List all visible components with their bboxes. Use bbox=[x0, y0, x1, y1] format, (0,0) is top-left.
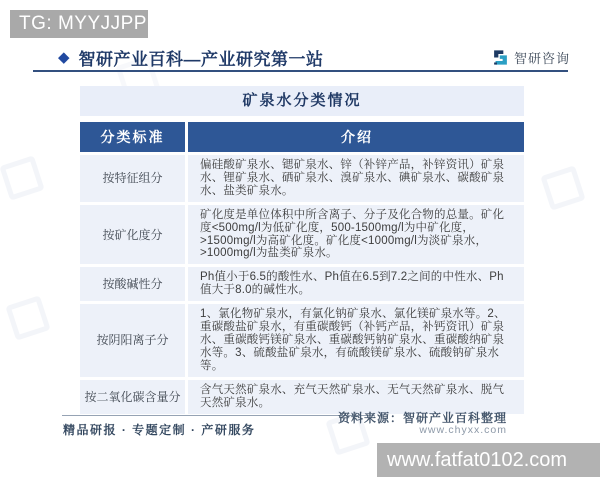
background-logo-watermark bbox=[540, 165, 585, 210]
data-source-url: www.chyxx.com bbox=[419, 424, 507, 436]
classification-table-area: 矿泉水分类情况 分类标准 介绍 按特征组分 偏硅酸矿泉水、锶矿泉水、锌（补锌产品… bbox=[80, 86, 524, 417]
row-label: 按矿化度分 bbox=[80, 205, 188, 265]
table-row: 按酸碱性分 Ph值小于6.5的酸性水、Ph值在6.5到7.2之间的中性水、Ph值… bbox=[80, 267, 524, 301]
row-description: 偏硅酸矿泉水、锶矿泉水、锌（补锌产品，补锌资讯）矿泉水、锂矿泉水、硒矿泉水、溴矿… bbox=[188, 155, 524, 202]
overlay-watermark: www.fatfat0102.com bbox=[377, 443, 600, 477]
zhiyan-logo: 智研咨询 bbox=[492, 48, 570, 67]
background-logo-watermark bbox=[0, 155, 45, 200]
footer-slogan: 精品研报 · 专题定制 · 产研服务 bbox=[63, 421, 255, 438]
row-description: Ph值小于6.5的酸性水、Ph值在6.5到7.2之间的中性水、Ph值大于8.0的… bbox=[188, 267, 524, 301]
zhiyan-logo-icon bbox=[492, 49, 509, 66]
row-label: 按二氧化碳含量分 bbox=[80, 380, 188, 414]
report-header: ◆ 智研产业百科—产业研究第一站 智研咨询 bbox=[58, 44, 570, 70]
page-title: 智研产业百科—产业研究第一站 bbox=[79, 45, 324, 70]
header-divider bbox=[33, 70, 568, 72]
column-header-intro: 介绍 bbox=[188, 122, 524, 152]
table-row: 按矿化度分 矿化度是单位体积中所含离子、分子及化合物的总量。矿化度<500mg/… bbox=[80, 205, 524, 265]
background-logo-watermark bbox=[5, 295, 50, 340]
table-row: 按特征组分 偏硅酸矿泉水、锶矿泉水、锌（补锌产品，补锌资讯）矿泉水、锂矿泉水、硒… bbox=[80, 155, 524, 202]
column-header-standard: 分类标准 bbox=[80, 122, 188, 152]
row-label: 按特征组分 bbox=[80, 155, 188, 202]
row-label: 按阴阳离子分 bbox=[80, 304, 188, 377]
logo-text: 智研咨询 bbox=[514, 48, 570, 67]
table-row: 按阴阳离子分 1、氯化物矿泉水，有氯化钠矿泉水、氯化镁矿泉水等。2、重碳酸盐矿泉… bbox=[80, 304, 524, 377]
table-header-row: 分类标准 介绍 bbox=[80, 122, 524, 152]
row-label: 按酸碱性分 bbox=[80, 267, 188, 301]
diamond-icon: ◆ bbox=[58, 50, 70, 65]
table-title: 矿泉水分类情况 bbox=[80, 86, 524, 116]
row-description: 矿化度是单位体积中所含离子、分子及化合物的总量。矿化度<500mg/l为低矿化度… bbox=[188, 205, 524, 265]
tg-badge: TG: MYYJJPP bbox=[10, 10, 148, 38]
footer-divider bbox=[62, 415, 375, 416]
infographic-canvas: TG: MYYJJPP ◆ 智研产业百科—产业研究第一站 智研咨询 矿泉水分类情… bbox=[0, 0, 600, 480]
row-description: 1、氯化物矿泉水，有氯化钠矿泉水、氯化镁矿泉水等。2、重碳酸盐矿泉水，有重碳酸钙… bbox=[188, 304, 524, 377]
